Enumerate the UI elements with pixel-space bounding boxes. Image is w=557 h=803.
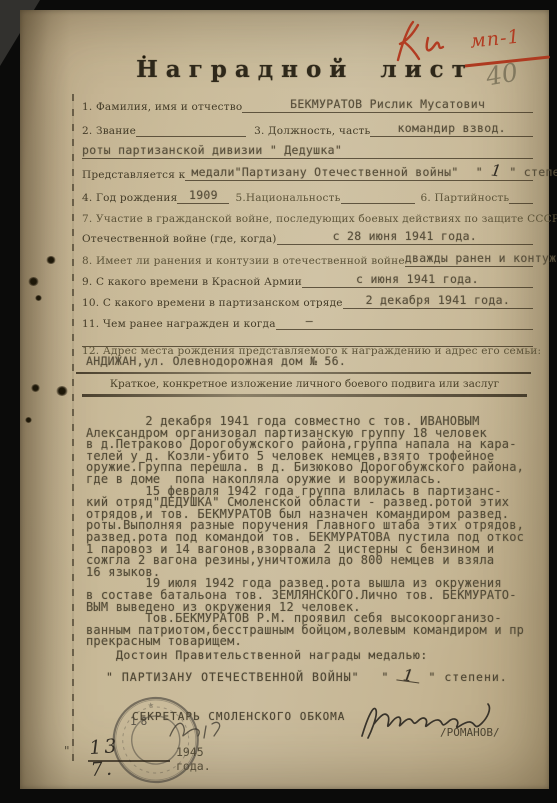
field-position-value2: роты партизанской дивизии " Дедушка" bbox=[82, 143, 342, 157]
divider-rule-bottom bbox=[82, 394, 527, 397]
divider-rule-top bbox=[76, 372, 531, 374]
field-party-label: 6. Партийность bbox=[421, 192, 510, 204]
field-party-line bbox=[509, 203, 533, 204]
field-presented-label: Представляется к bbox=[82, 169, 185, 181]
field-presented-row: Представляется к медали"Партизану Отечес… bbox=[82, 164, 533, 181]
signatory-name: /РОМАНОВ/ bbox=[440, 726, 500, 739]
paper-spot bbox=[35, 295, 42, 301]
handwritten-date: 13 7. bbox=[89, 735, 122, 781]
award-medal-line: " ПАРТИЗАНУ ОТЕЧЕСТВЕННОЙ ВОЙНЫ" " 1 " с… bbox=[106, 670, 508, 684]
ink-flourish bbox=[166, 718, 236, 748]
field-wounds-line: дважды ранен и контужен. bbox=[405, 247, 533, 267]
field-address-line: АНДИЖАН,ул. Олевнодорожная дом № 56. bbox=[82, 350, 533, 369]
field-partisan-since-label: 10. С какого времени в партизанском отря… bbox=[82, 297, 343, 309]
scanned-award-document: мп-1 40 Наградной лист 1. Фамилия, имя и… bbox=[0, 0, 557, 803]
field-war-participation-row1: 7. Участие в гражданской войне, последую… bbox=[82, 208, 533, 225]
field-prior-awards-label: 11. Чем ранее награжден и когда bbox=[82, 318, 276, 330]
typed-year: 1945 года. bbox=[176, 745, 211, 773]
handwritten-degree: 1 bbox=[487, 165, 504, 177]
field-army-since-row: 9. С какого времени в Красной Армии с ию… bbox=[82, 271, 533, 288]
field-address-value-row: АНДИЖАН,ул. Олевнодорожная дом № 56. bbox=[82, 352, 533, 369]
field-partisan-since-value: 2 декабря 1941 года. bbox=[366, 293, 510, 307]
award-medal-name: " ПАРТИЗАНУ ОТЕЧЕСТВЕННОЙ ВОЙНЫ" bbox=[106, 670, 360, 684]
binding-fold-line bbox=[72, 94, 74, 761]
field-address-value: АНДИЖАН,ул. Олевнодорожная дом № 56. bbox=[86, 354, 346, 368]
signatory-title: СЕКРЕТАРЬ СМОЛЕНСКОГО ОБКОМА bbox=[132, 710, 345, 723]
handwritten-signature bbox=[354, 696, 502, 752]
award-degree-open-quote: " bbox=[382, 670, 390, 684]
paper-hole bbox=[31, 384, 40, 392]
red-handwritten-code: мп-1 bbox=[469, 25, 522, 52]
paper-spot bbox=[25, 417, 32, 423]
field-nationality-line bbox=[341, 203, 415, 204]
field-war-participation-label1: 7. Участие в гражданской войне, последую… bbox=[82, 213, 557, 225]
degree-open-quote: " bbox=[476, 165, 483, 179]
field-birthyear-value: 1909 bbox=[189, 188, 218, 202]
field-position-row2: роты партизанской дивизии " Дедушка" bbox=[82, 142, 533, 159]
body-text: 2 декабря 1941 года совместно с тов. ИВА… bbox=[86, 416, 546, 648]
field-army-since-label: 9. С какого времени в Красной Армии bbox=[82, 276, 302, 288]
date-quote-mark: " bbox=[64, 744, 70, 758]
field-prior-awards-line: — bbox=[276, 310, 533, 330]
field-position-line2: роты партизанской дивизии " Дедушка" bbox=[82, 139, 533, 159]
field-name-label: 1. Фамилия, имя и отчество bbox=[82, 101, 242, 113]
field-army-since-line: с июня 1941 года. bbox=[302, 268, 533, 288]
paper-hole bbox=[46, 256, 56, 264]
field-presented-value: медали"Партизану Отечественной войны" bbox=[191, 165, 458, 179]
paper-hole bbox=[28, 277, 39, 286]
field-war-participation-row2: Отечественной войне (где, когда) с 28 ию… bbox=[82, 228, 533, 245]
field-birth-row: 4. Год рождения 1909 5.Национальность 6.… bbox=[82, 187, 533, 204]
field-partisan-since-line: 2 декабря 1941 года. bbox=[343, 289, 533, 309]
field-army-since-value: с июня 1941 года. bbox=[356, 272, 479, 286]
paper-left-margin-shadow bbox=[20, 10, 70, 789]
field-war-participation-line: с 28 июня 1941 года. bbox=[277, 225, 533, 245]
field-rank-line bbox=[136, 136, 246, 137]
award-degree-close: " степени. bbox=[429, 670, 508, 684]
field-wounds-value: дважды ранен и контужен. bbox=[405, 251, 557, 265]
document-title: Наградной лист bbox=[80, 56, 530, 83]
field-name-line: БЕКМУРАТОВ Рислик Мусатович bbox=[242, 93, 533, 113]
field-position-label: 3. Должность, часть bbox=[254, 125, 370, 137]
field-wounds-label: 8. Имеет ли ранения и контузии в отечест… bbox=[82, 255, 405, 267]
field-war-participation-value: с 28 июня 1941 года. bbox=[333, 229, 477, 243]
field-rank-label: 2. Звание bbox=[82, 125, 136, 137]
paper-sheet: мп-1 40 Наградной лист 1. Фамилия, имя и… bbox=[20, 10, 549, 789]
field-nationality-label: 5.Национальность bbox=[235, 192, 340, 204]
award-conclusion-line: Достоин Правительственной награды медаль… bbox=[116, 648, 428, 662]
field-name-value: БЕКМУРАТОВ Рислик Мусатович bbox=[290, 97, 485, 111]
field-wounds-row: 8. Имеет ли ранения и контузии в отечест… bbox=[82, 250, 533, 267]
handwritten-award-degree: 1 bbox=[397, 669, 421, 683]
field-birthyear-label: 4. Год рождения bbox=[82, 192, 177, 204]
field-prior-awards-value: — bbox=[306, 314, 313, 328]
field-position-value: командир взвод. bbox=[398, 121, 506, 135]
field-war-participation-label2: Отечественной войне (где, когда) bbox=[82, 233, 277, 245]
field-presented-line: медали"Партизану Отечественной войны" " … bbox=[185, 161, 533, 181]
date-underline bbox=[88, 760, 170, 762]
field-name-row: 1. Фамилия, имя и отчество БЕКМУРАТОВ Ри… bbox=[82, 96, 533, 113]
degree-close-quote: " степени bbox=[509, 165, 557, 179]
field-partisan-since-row: 10. С какого времени в партизанском отря… bbox=[82, 292, 533, 309]
ink-blob bbox=[56, 386, 68, 396]
field-birthyear-line: 1909 bbox=[177, 184, 229, 204]
field-prior-awards-row: 11. Чем ранее награжден и когда — bbox=[82, 313, 533, 330]
field-rank-position-row: 2. Звание 3. Должность, часть командир в… bbox=[82, 120, 533, 137]
field-position-line: командир взвод. bbox=[370, 117, 533, 137]
section-header: Краткое, конкретное изложение личного бо… bbox=[90, 378, 519, 390]
